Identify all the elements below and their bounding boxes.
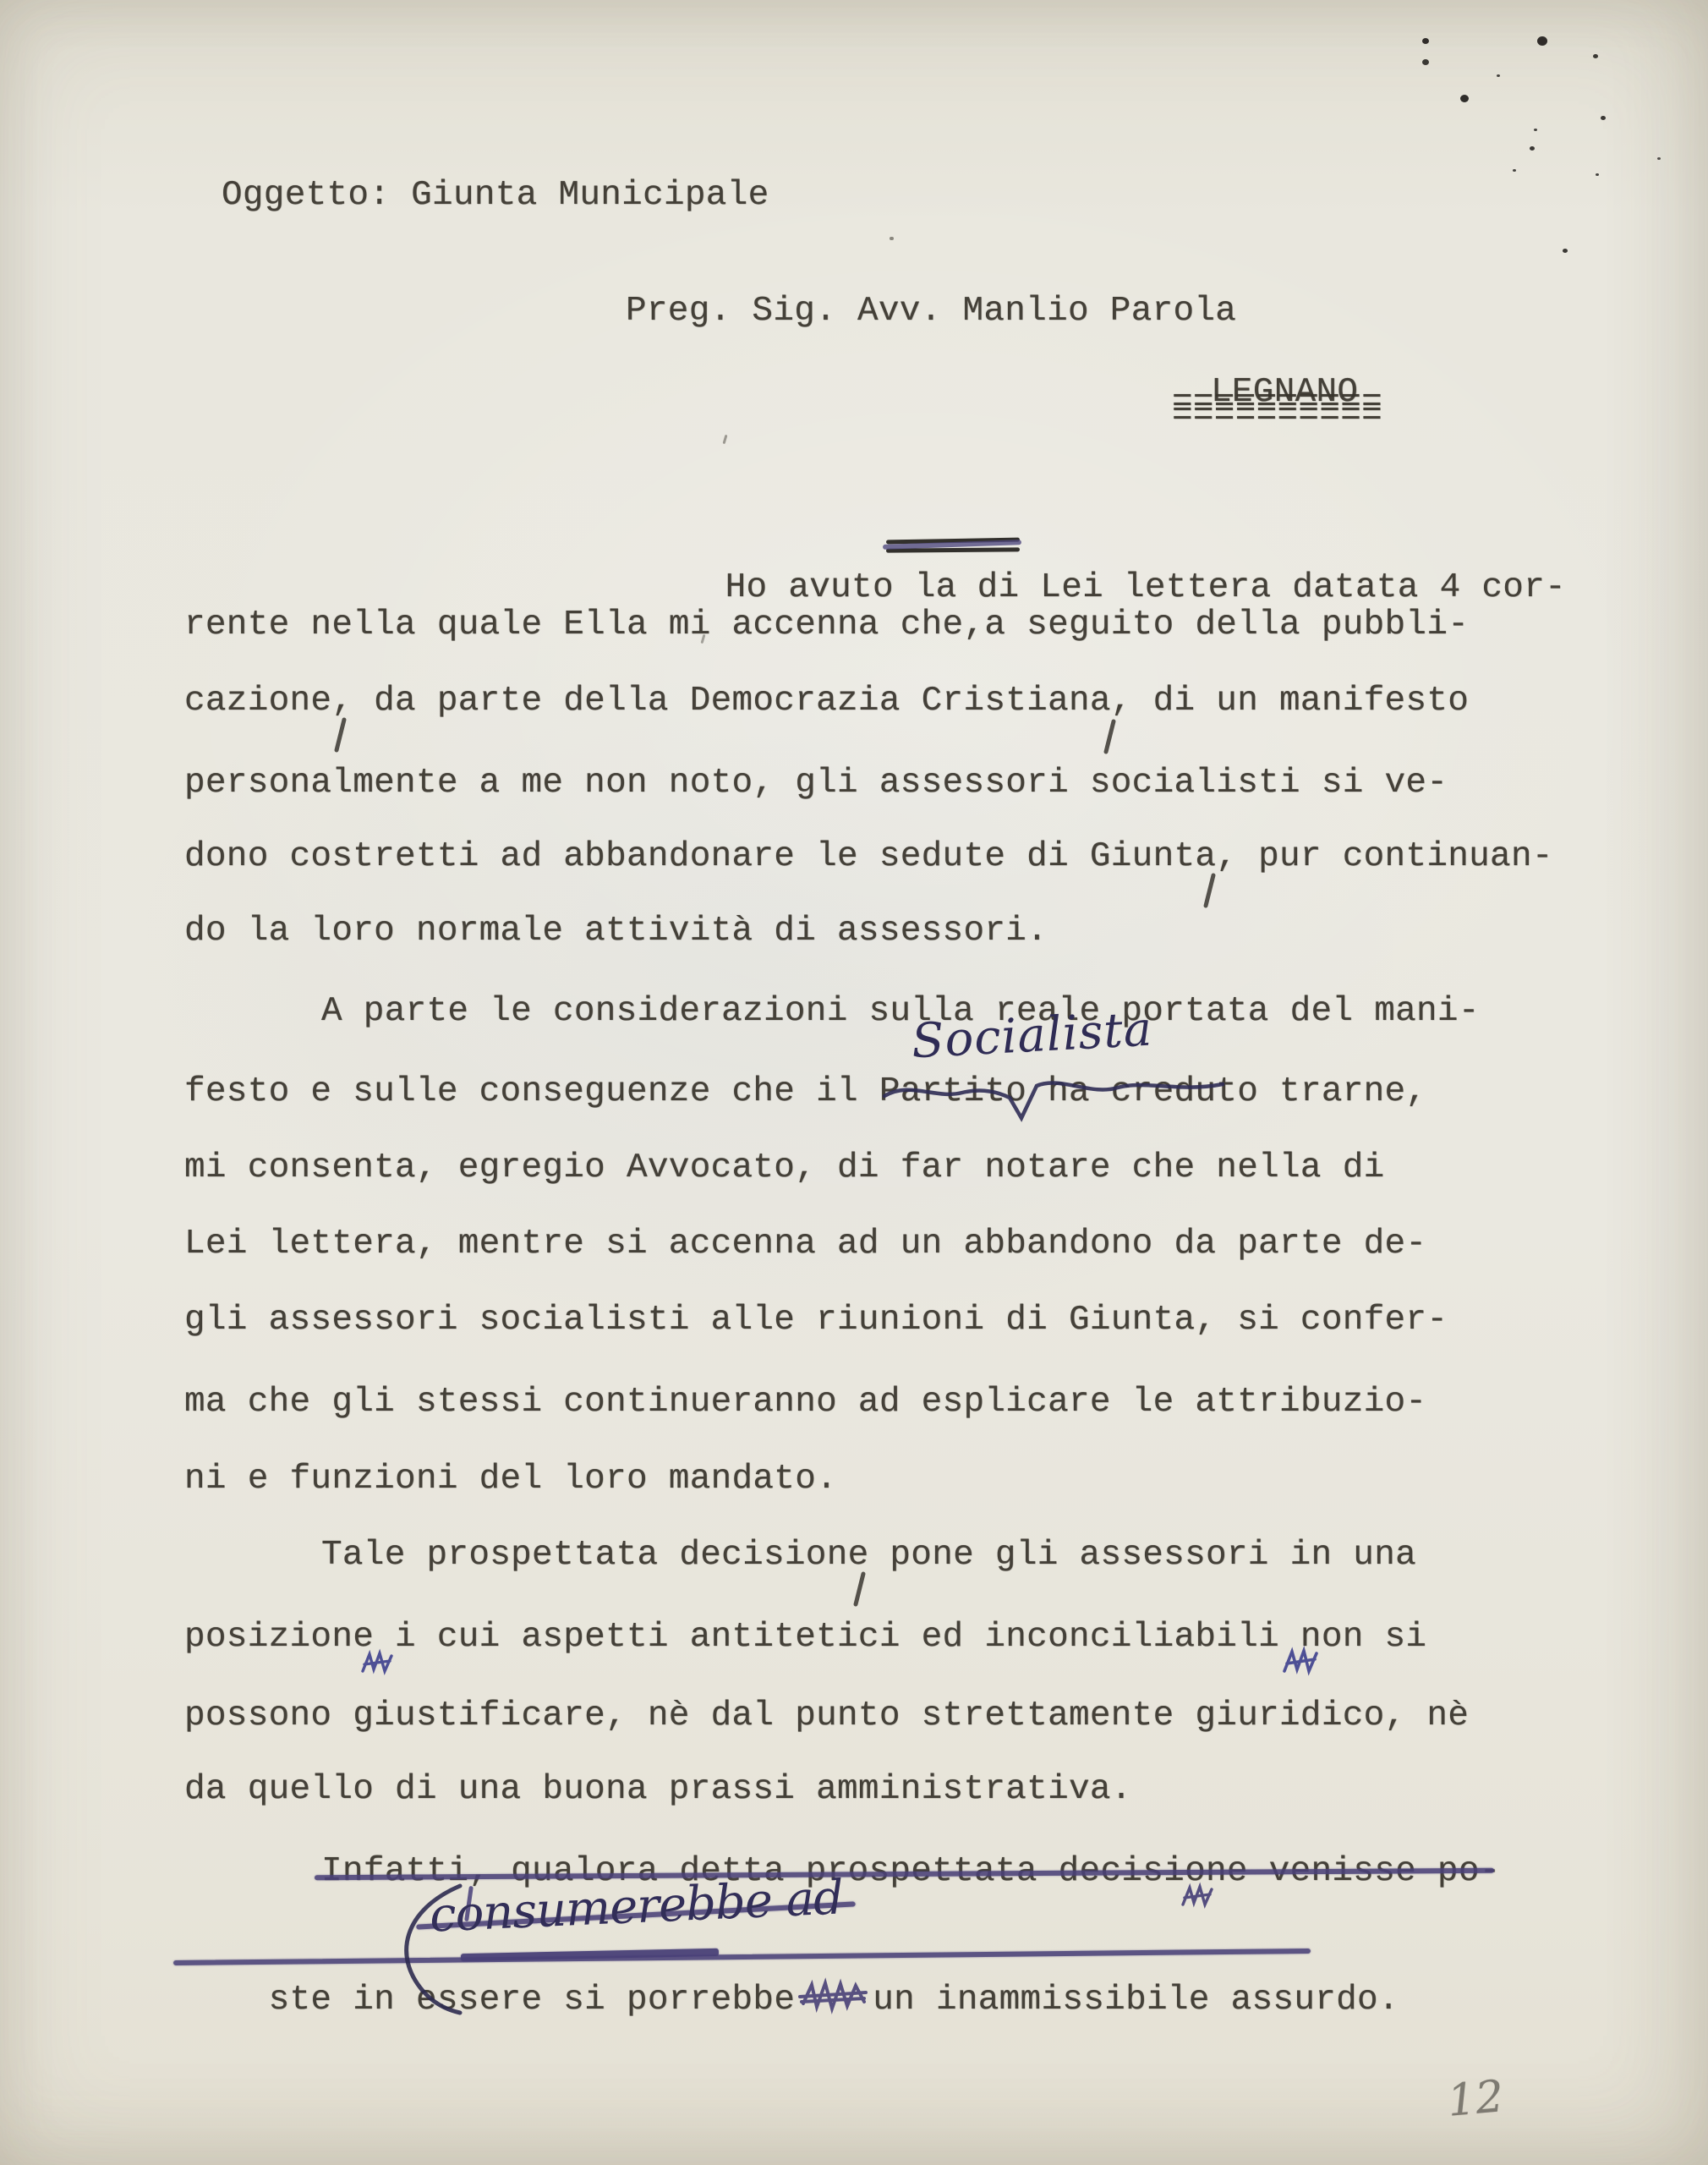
- typed-line: da quello di una buona prassi amministra…: [184, 1768, 1132, 1811]
- insertion-underline-mark: [881, 1072, 1228, 1125]
- correction-paren-mark: [382, 1883, 492, 2014]
- typed-line: Ho avuto ladi Leilettera datata 4 cor-: [184, 522, 1566, 566]
- typed-line: mi consenta, egregio Avvocato, di far no…: [184, 1146, 1385, 1190]
- typed-line: gli assessori socialisti alle riunioni d…: [184, 1298, 1448, 1342]
- typed-line: cazione, da parte della Democrazia Crist…: [184, 679, 1469, 723]
- page-number-pencil: 12: [1446, 2071, 1506, 2127]
- ink-squiggle-mark: [1281, 1646, 1322, 1678]
- line-text: un inammissibile assurdo.: [873, 1981, 1399, 2020]
- place-underline: ==========: [1172, 408, 1382, 425]
- line-text: ste in essere si porrebbe: [269, 1981, 796, 2020]
- line-text: Ho avuto la: [725, 568, 957, 607]
- struck-word: di Lei: [977, 568, 1103, 607]
- line-text: lettera datata 4 cor-: [1124, 568, 1566, 607]
- typed-line: personalmente a me non noto, gli assesso…: [184, 761, 1448, 805]
- typed-line: possono giustificare, nè dal punto stret…: [184, 1694, 1469, 1738]
- typed-line: rente nella quale Ella mi accenna che,a …: [184, 603, 1469, 647]
- typed-line: Tale prospettata decisione pone gli asse…: [184, 1533, 1416, 1577]
- scribble-mark: [798, 1976, 869, 2015]
- ink-squiggle-mark: [359, 1649, 397, 1678]
- addressee-line: Preg. Sig. Avv. Manlio Parola: [626, 289, 1236, 333]
- handwritten-insertion: Socialista: [910, 1002, 1153, 1070]
- stray-mark: [890, 237, 894, 240]
- typed-line: festo e sulle conseguenze che il Partito…: [184, 1070, 1426, 1114]
- typed-line: ma che gli stessi continueranno ad espli…: [184, 1380, 1426, 1424]
- typed-line: A parte le considerazioni sulla reale po…: [184, 989, 1480, 1033]
- letter-page: Oggetto: Giunta Municipale Preg. Sig. Av…: [0, 0, 1708, 2165]
- stray-mark: [723, 435, 728, 444]
- ink-specks: [1422, 38, 1429, 44]
- typed-line: do la loro normale attività di assessori…: [184, 909, 1048, 953]
- typed-line: Lei lettera, mentre si accenna ad un abb…: [184, 1222, 1426, 1266]
- typed-line: ni e funzioni del loro mandato.: [184, 1457, 837, 1501]
- subject-line: Oggetto: Giunta Municipale: [222, 173, 769, 217]
- handwritten-comma-mark: [1103, 719, 1116, 754]
- typed-line: dono costretti ad abbandonare le sedute …: [184, 835, 1553, 879]
